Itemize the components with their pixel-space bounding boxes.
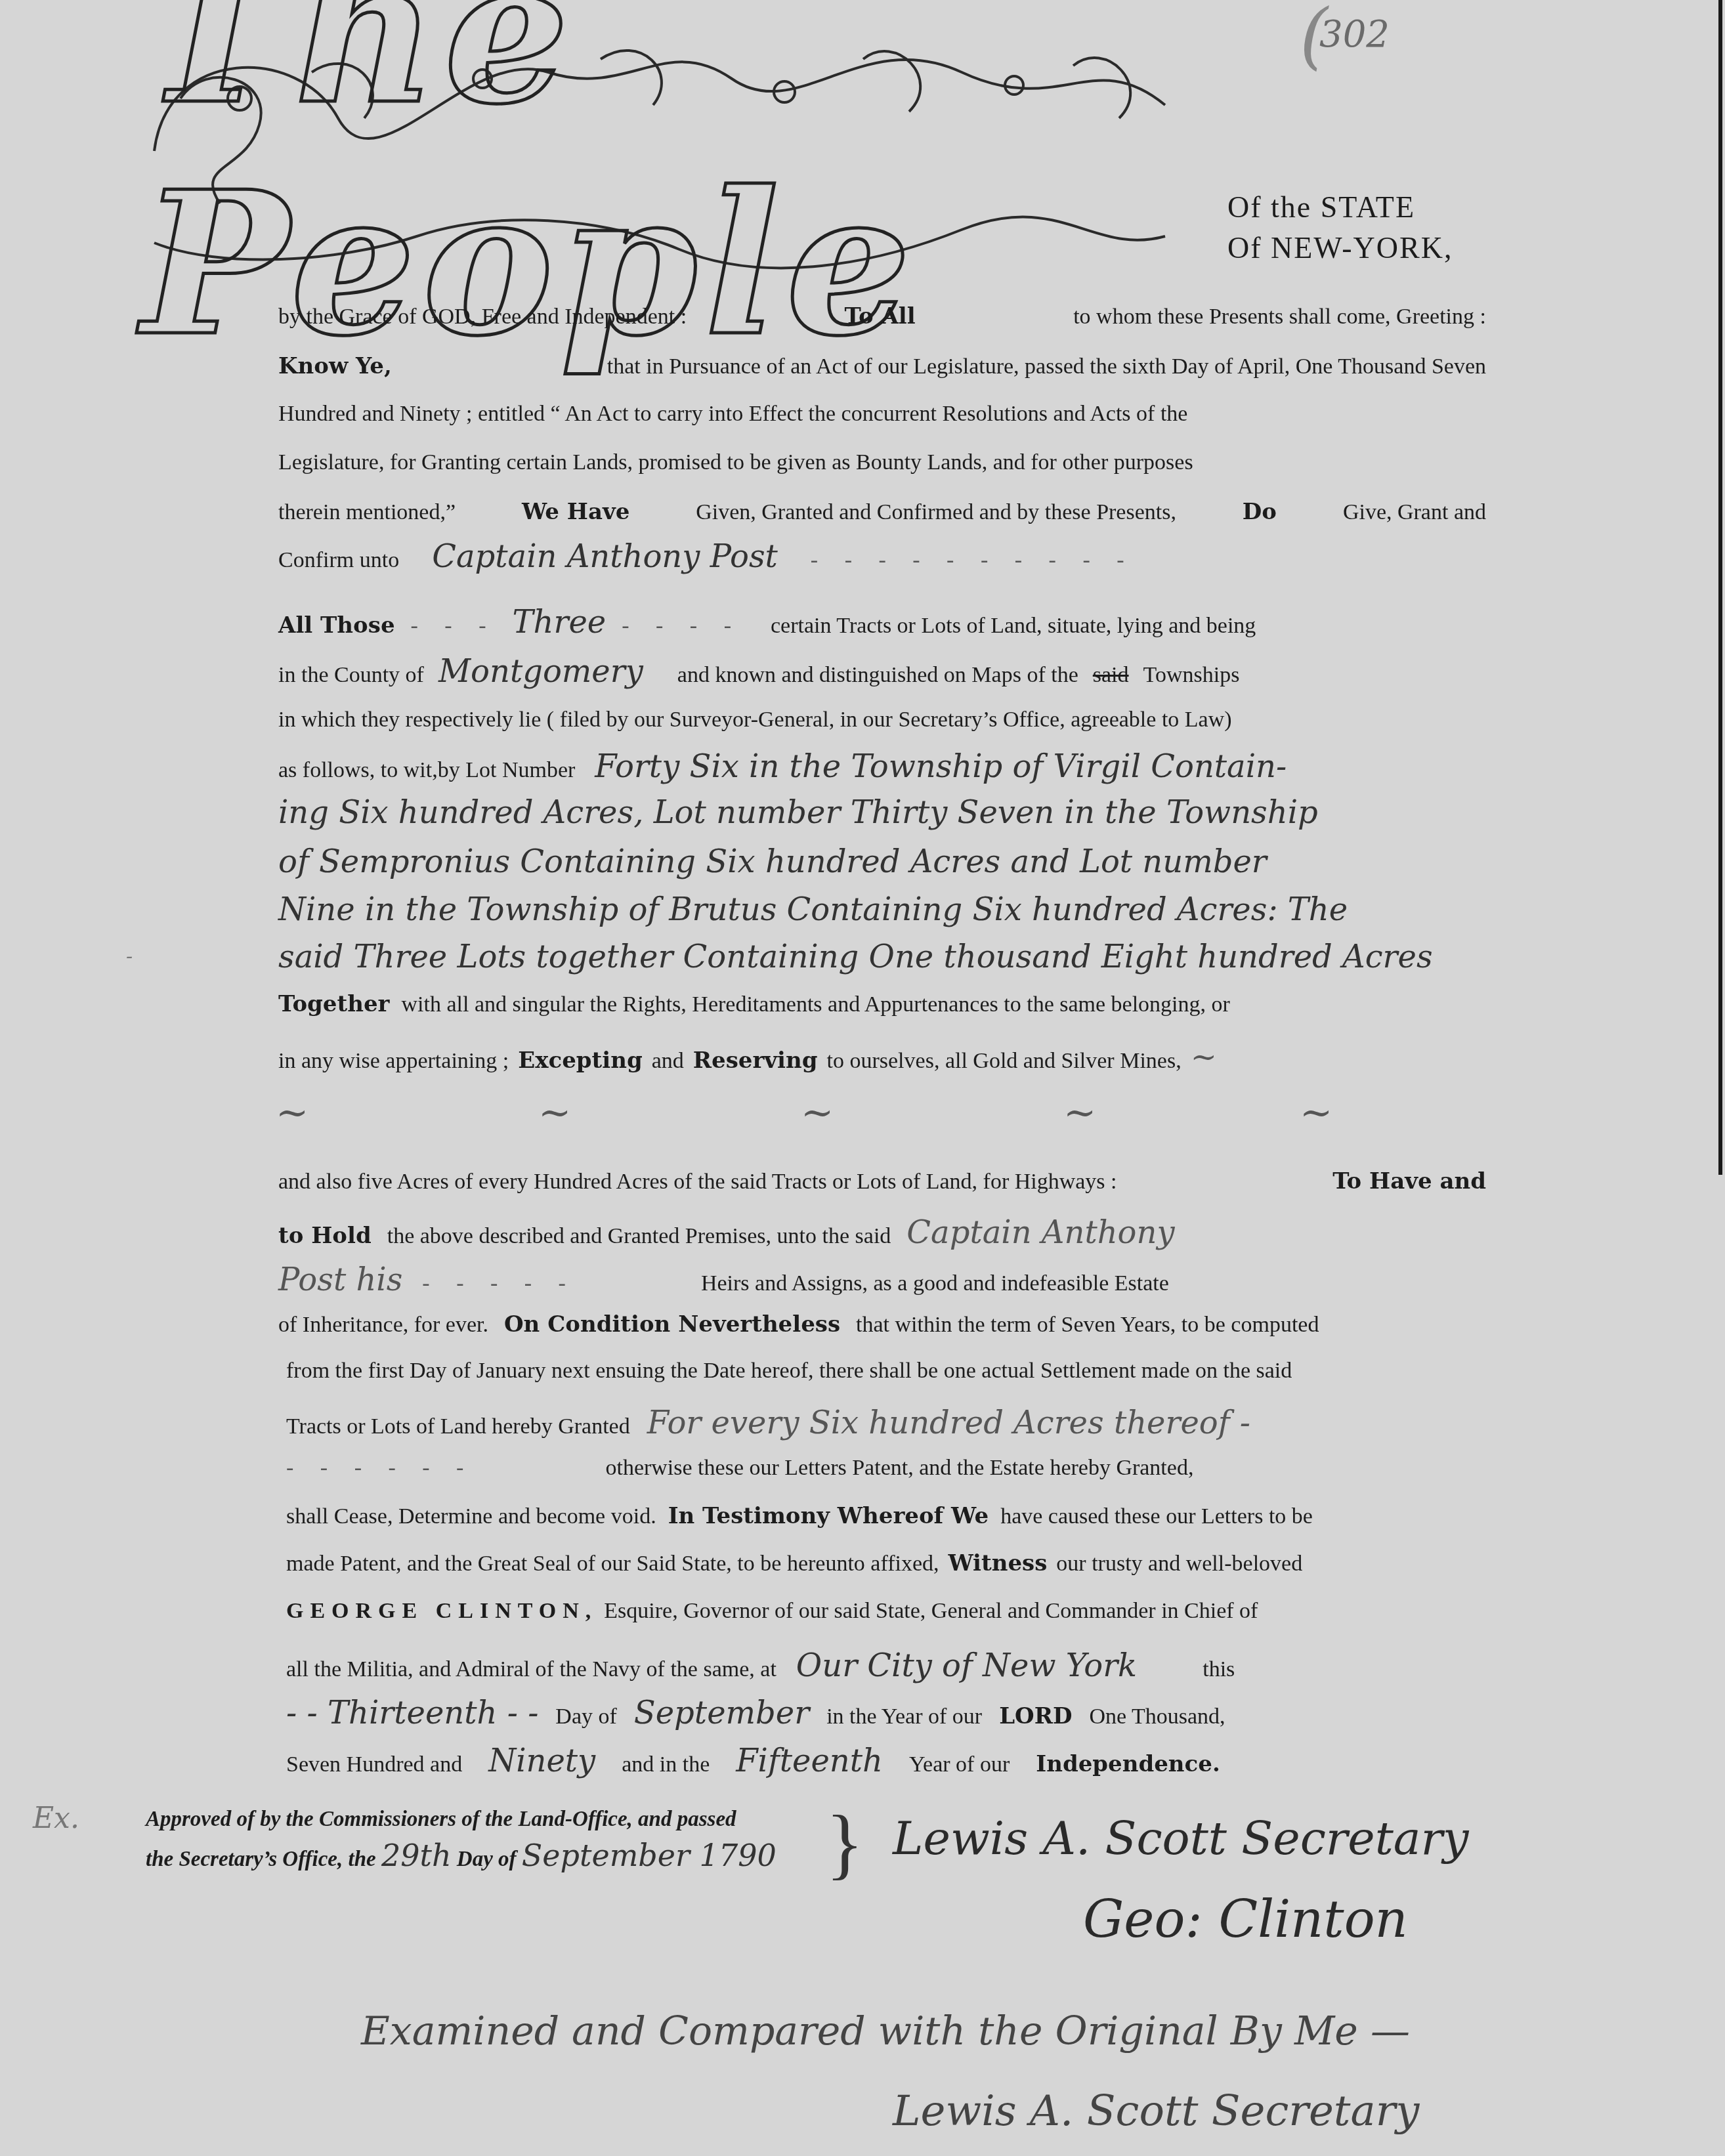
handwritten-line: Nine in the Township of Brutus Containin… bbox=[278, 891, 1486, 928]
governor-signature: Geo: Clinton bbox=[1083, 1890, 1408, 1949]
text-line: Hundred and Ninety ; entitled “ An Act t… bbox=[278, 402, 1486, 427]
text-line: shall Cease, Determine and become void. … bbox=[286, 1503, 1494, 1529]
place-line: all the Militia, and Admiral of the Navy… bbox=[286, 1647, 1494, 1684]
ornamental-banner: The People bbox=[141, 20, 1178, 276]
tract-count-line: All Those - - - Three - - - - certain Tr… bbox=[278, 604, 1486, 641]
fill-mark: ~ bbox=[276, 1089, 309, 1135]
grantee-line: Confirm unto Captain Anthony Post - - - … bbox=[278, 538, 1486, 575]
page-number-paren: ( bbox=[1300, 0, 1328, 77]
secretary-signature: Lewis A. Scott Secretary bbox=[893, 1811, 1469, 1865]
condition-line: Tracts or Lots of Land hereby Granted Fo… bbox=[286, 1405, 1494, 1441]
approval-date: September 1790 bbox=[522, 1838, 777, 1873]
text-line: in which they respectively lie ( filed b… bbox=[278, 708, 1486, 732]
text-line: in any wise appertaining ; Excepting and… bbox=[278, 1039, 1486, 1076]
examiner-signature: Lewis A. Scott Secretary bbox=[893, 2087, 1419, 2136]
text-line: by the Grace of GOD, Free and Independen… bbox=[278, 303, 1486, 329]
brace-mark: } bbox=[826, 1798, 864, 1889]
date-line: - - Thirteenth - - Day of September in t… bbox=[286, 1695, 1494, 1731]
text-line: Together with all and singular the Right… bbox=[278, 991, 1486, 1017]
banner-title: The People bbox=[141, 20, 1178, 276]
handwritten-line: said Three Lots together Containing One … bbox=[278, 939, 1486, 975]
handwritten-line: ing Six hundred Acres, Lot number Thirty… bbox=[278, 794, 1486, 831]
text-line: and also five Acres of every Hundred Acr… bbox=[278, 1168, 1486, 1194]
text-line: of Inheritance, for ever. On Condition N… bbox=[278, 1311, 1486, 1338]
text-line: - - - - - - otherwise these our Letters … bbox=[286, 1456, 1494, 1481]
document-page: ( 302 The People Of the STATE Of NEW-YOR… bbox=[0, 0, 1725, 2156]
examined-note: Examined and Compared with the Original … bbox=[361, 2008, 1410, 2054]
page-edge-border bbox=[1718, 0, 1722, 1175]
approval-block: Approved of by the Commissioners of the … bbox=[146, 1802, 777, 1878]
fill-mark: ~ bbox=[1300, 1089, 1332, 1135]
margin-note: Ex. bbox=[33, 1802, 79, 1835]
year-line: Seven Hundred and Ninety and in the Fift… bbox=[286, 1743, 1494, 1779]
approval-day: 29th bbox=[381, 1838, 452, 1873]
text-line: to Hold the above described and Granted … bbox=[278, 1214, 1486, 1251]
fill-mark: ~ bbox=[538, 1089, 571, 1135]
fill-mark: ~ bbox=[801, 1089, 834, 1135]
margin-dash: - bbox=[126, 945, 133, 968]
text-line: therein mentioned,” We Have Given, Grant… bbox=[278, 499, 1486, 525]
text-line: Know Ye, that in Pursuance of an Act of … bbox=[278, 353, 1486, 379]
lot-line: as follows, to wit,by Lot Number Forty S… bbox=[278, 748, 1486, 785]
text-line: Legislature, for Granting certain Lands,… bbox=[278, 450, 1486, 475]
grantee-name: Captain Anthony Post bbox=[432, 538, 778, 575]
text-line: Post his - - - - - Heirs and Assigns, as… bbox=[278, 1261, 1486, 1298]
fill-mark: ~ bbox=[1063, 1089, 1096, 1135]
handwritten-line: of Sempronius Containing Six hundred Acr… bbox=[278, 843, 1486, 880]
page-number: ( 302 bbox=[1319, 13, 1390, 56]
text-line: from the first Day of January next ensui… bbox=[286, 1359, 1494, 1384]
text-line: GEORGE CLINTON, Esquire, Governor of our… bbox=[286, 1599, 1494, 1624]
text-line: made Patent, and the Great Seal of our S… bbox=[286, 1550, 1494, 1576]
state-title: Of the STATE Of NEW-YORK, bbox=[1227, 187, 1453, 268]
county-line: in the County of Montgomery and known an… bbox=[278, 653, 1486, 690]
